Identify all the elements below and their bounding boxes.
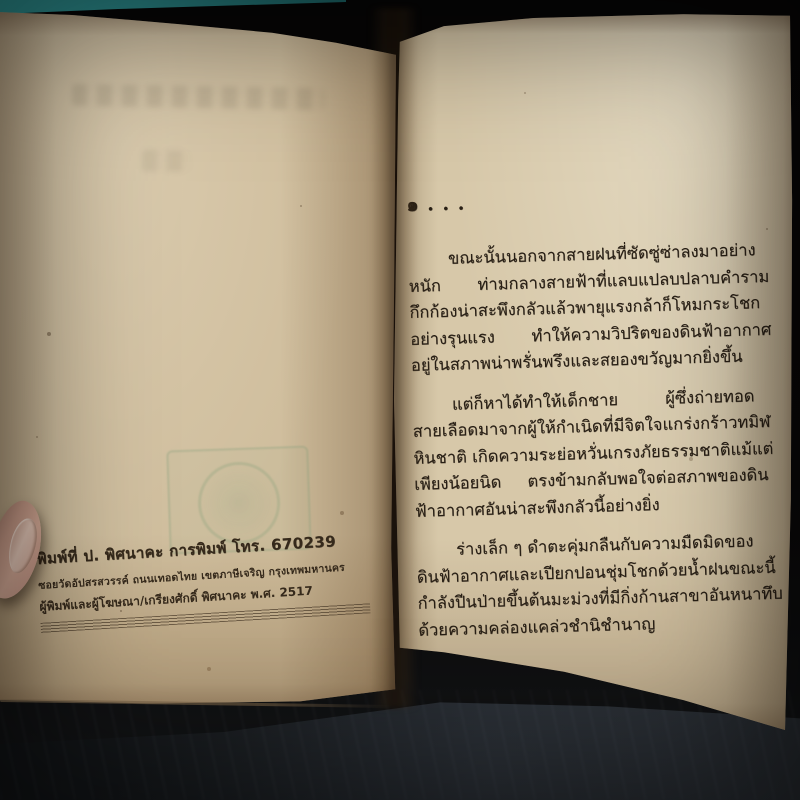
chapter-text-block: ๑ . . . ขณะนั้นนอกจากสายฝนที่ซัดซู่ซ่าลง… [406,179,797,643]
left-page: พิมพ์ที่ ป. พิศนาคะ การพิมพ์ โทร. 670239… [0,0,400,712]
paragraph-1: ขณะนั้นนอกจากสายฝนที่ซัดซู่ซ่าลงมาอย่าง … [408,236,790,379]
paper-specks [384,0,386,2]
right-page: ๑ . . . ขณะนั้นนอกจากสายฝนที่ซัดซู่ซ่าลง… [384,0,800,748]
paragraph-3: ร่างเล็ก ๆ ดำตะคุ่มกลืนกับความมืดมิดของ … [416,527,797,644]
book-gutter-shadow [370,8,418,708]
book-cover-cloth [0,0,346,16]
photo-open-book: พิมพ์ที่ ป. พิศนาคะ การพิมพ์ โทร. 670239… [0,0,800,800]
showthrough-smudge [72,84,324,110]
showthrough-smudge [142,150,192,173]
paragraph-2: แต่ก็หาได้ทำให้เด็กชาย ผู้ซึ่งถ่ายทอด สา… [412,382,794,525]
